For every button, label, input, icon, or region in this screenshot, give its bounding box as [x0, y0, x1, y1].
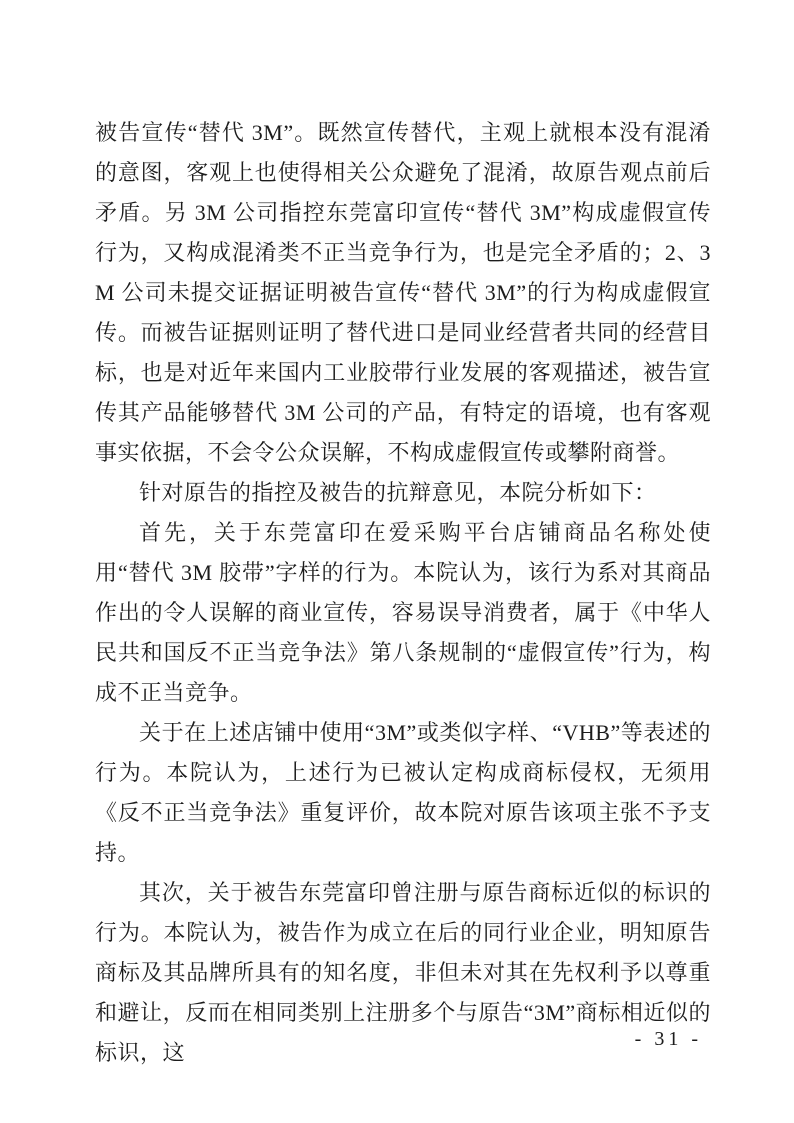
paragraph-second-point: 其次，关于被告东莞富印曾注册与原告商标近似的标识的行为。本院认为，被告作为成立在…: [95, 873, 711, 1073]
document-body: 被告宣传“替代 3M”。既然宣传替代，主观上就根本没有混淆的意图，客观上也使得相…: [95, 113, 711, 1073]
paragraph-first-point: 首先，关于东莞富印在爱采购平台店铺商品名称处使用“替代 3M 胶带”字样的行为。…: [95, 513, 711, 713]
page-number: - 31 -: [635, 1028, 702, 1051]
document-page: 被告宣传“替代 3M”。既然宣传替代，主观上就根本没有混淆的意图，客观上也使得相…: [0, 0, 794, 1123]
paragraph-continuation: 被告宣传“替代 3M”。既然宣传替代，主观上就根本没有混淆的意图，客观上也使得相…: [95, 113, 711, 473]
paragraph-trademark-use: 关于在上述店铺中使用“3M”或类似字样、“VHB”等表述的行为。本院认为，上述行…: [95, 713, 711, 873]
paragraph-court-analysis-intro: 针对原告的指控及被告的抗辩意见，本院分析如下：: [95, 473, 711, 513]
